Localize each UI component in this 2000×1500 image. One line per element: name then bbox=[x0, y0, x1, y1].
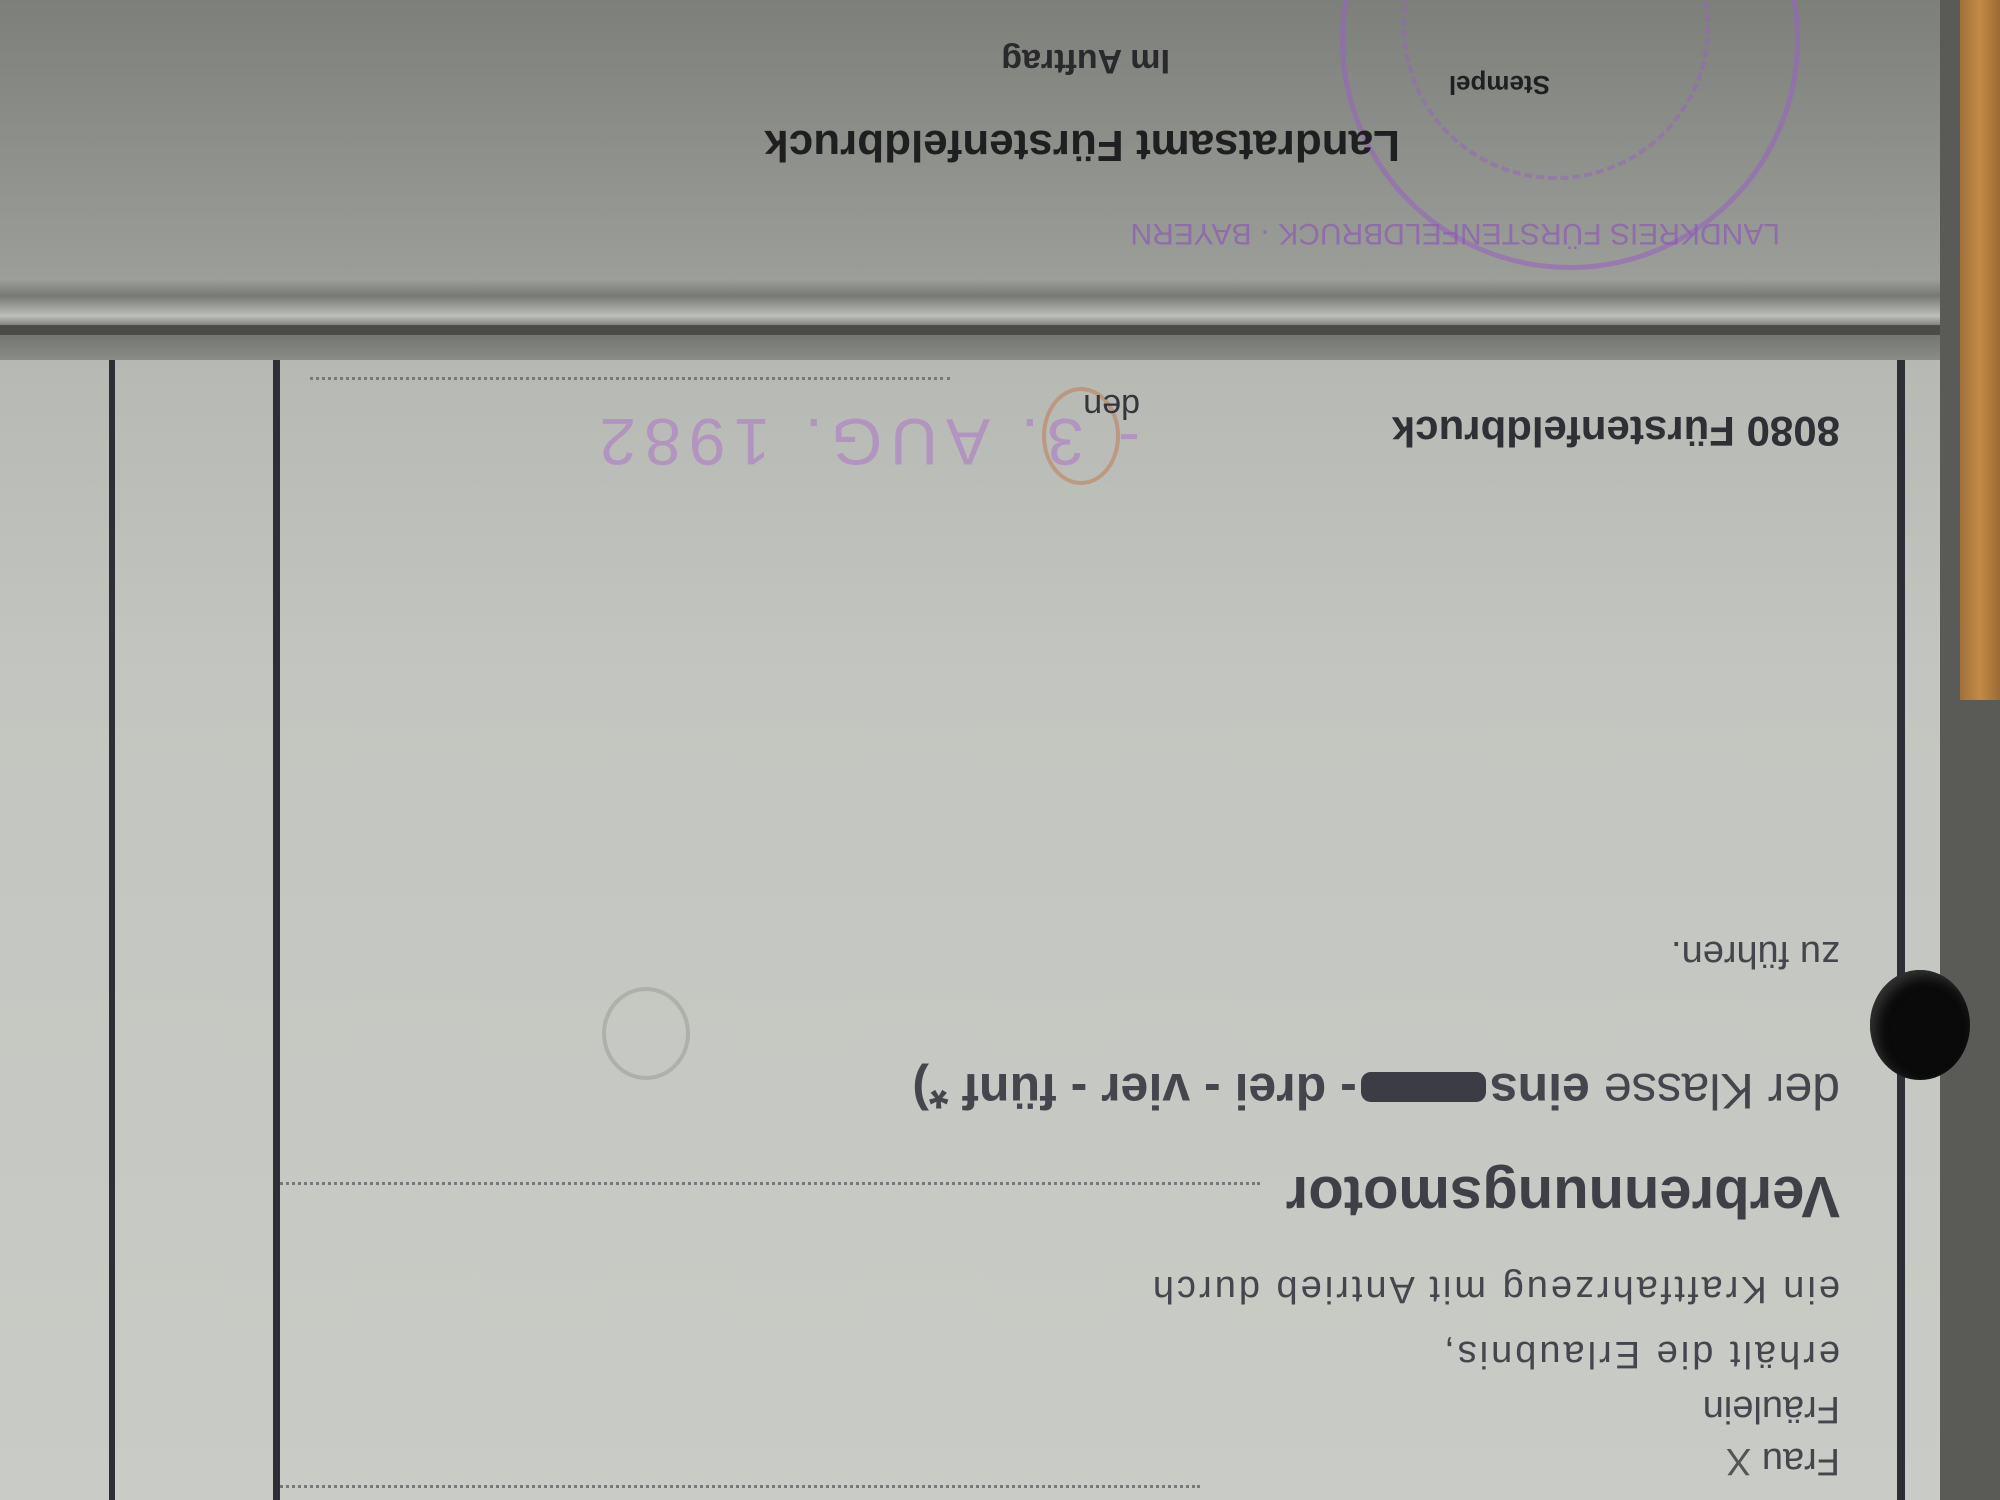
vehicle-line: ein Kraftfahrzeug mit Antrieb durch bbox=[1150, 1267, 1840, 1310]
frau-label: Frau bbox=[1762, 1440, 1840, 1482]
driving-license-document: Frau X Fräulein erhält die Erlaubnis, ei… bbox=[0, 0, 2000, 1500]
class-prefix: der Klasse bbox=[1604, 1063, 1840, 1119]
seal-text: LANDKREIS FÜRSTENFELDBRUCK · BAYERN bbox=[1130, 216, 1780, 250]
drive-type: Verbrennungsmotor bbox=[1286, 1163, 1840, 1230]
permission-line: erhält die Erlaubnis, bbox=[1441, 1332, 1840, 1375]
cross-out-mark: X bbox=[1726, 1440, 1751, 1482]
stamp-label: Stempel bbox=[1449, 69, 1550, 100]
signature-label: Im Auftrag bbox=[1001, 41, 1170, 80]
class-eins: eins bbox=[1490, 1063, 1590, 1119]
salutation-fraulein: Fräulein bbox=[1703, 1387, 1840, 1430]
name-fill-line bbox=[280, 1485, 1200, 1488]
issue-place: 8080 Fürstenfeldbruck bbox=[1392, 407, 1840, 455]
closing-line: zu führen. bbox=[1671, 932, 1840, 975]
date-fill-line bbox=[310, 377, 950, 380]
date-label: den bbox=[1083, 386, 1140, 425]
license-class-line: der Klasse eins- drei - vier - fünf *) bbox=[912, 1062, 1840, 1120]
fold-crease bbox=[0, 325, 1940, 335]
issuing-authority: Landratsamt Fürstenfeldbruck bbox=[764, 120, 1400, 170]
date-stamp: - 3. AUG. 1982 bbox=[591, 404, 1140, 480]
redaction-bar bbox=[1361, 1072, 1486, 1102]
drive-type-fill-line bbox=[280, 1182, 1260, 1185]
salutation-frau: Frau X bbox=[1726, 1439, 1840, 1482]
faint-stamp-ring bbox=[602, 987, 690, 1080]
punch-hole bbox=[1870, 970, 1970, 1080]
class-options-rest: - drei - vier - fünf *) bbox=[912, 1063, 1356, 1119]
paper-fold bbox=[0, 280, 1940, 360]
